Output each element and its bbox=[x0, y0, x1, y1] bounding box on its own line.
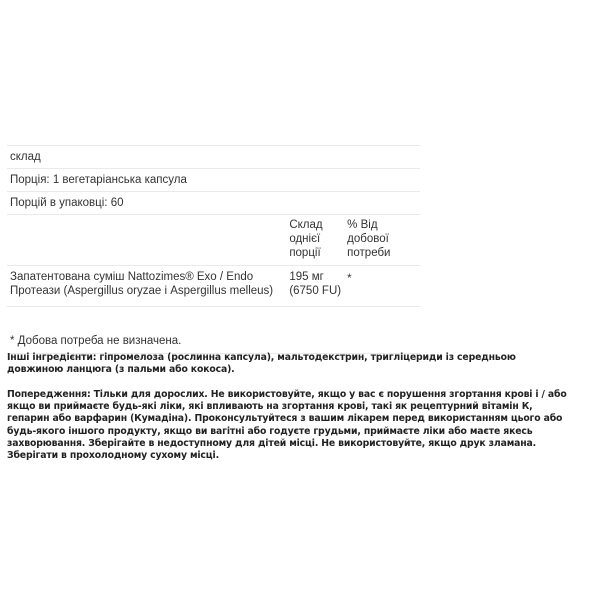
header-dv-line: % Від bbox=[347, 218, 417, 232]
column-headers: Склад однієї порції % Від добової потреб… bbox=[7, 214, 420, 265]
ingredient-name-line: Протеази (Aspergillus oryzae і Aspergill… bbox=[10, 284, 289, 298]
ingredient-amount-line: 195 мг bbox=[289, 270, 347, 284]
facts-title: склад bbox=[7, 145, 420, 168]
header-amount-line: однієї bbox=[289, 232, 347, 246]
header-daily-value: % Від добової потреби bbox=[347, 218, 417, 260]
ingredient-name-line: Запатентована суміш Nattozimes® Exo / En… bbox=[10, 270, 289, 284]
header-amount-line: Склад bbox=[289, 218, 347, 232]
ingredient-name: Запатентована суміш Nattozimes® Exo / En… bbox=[10, 270, 289, 298]
supplement-facts-table: склад Порція: 1 вегетаріанська капсула П… bbox=[7, 145, 420, 354]
ingredient-amount: 195 мг (6750 FU) bbox=[289, 270, 347, 298]
header-blank bbox=[10, 218, 289, 260]
ingredient-daily-value: * bbox=[347, 270, 417, 298]
servings-per-container: Порцій в упаковці: 60 bbox=[7, 191, 420, 214]
ingredient-amount-line: (6750 FU) bbox=[289, 284, 347, 298]
serving-size: Порція: 1 вегетаріанська капсула bbox=[7, 168, 420, 191]
other-ingredients: Інші інгредієнти: гіпромелоза (рослинна … bbox=[7, 352, 567, 376]
header-dv-line: добової bbox=[347, 232, 417, 246]
header-amount-line: порції bbox=[289, 246, 347, 260]
ingredient-row: Запатентована суміш Nattozimes® Exo / En… bbox=[7, 265, 420, 306]
header-dv-line: потреби bbox=[347, 246, 417, 260]
daily-value-footnote: * Добова потреба не визначена. bbox=[7, 306, 420, 353]
header-amount-per-serving: Склад однієї порції bbox=[289, 218, 347, 260]
warning-text: Попередження: Тільки для дорослих. Не ви… bbox=[7, 389, 567, 462]
